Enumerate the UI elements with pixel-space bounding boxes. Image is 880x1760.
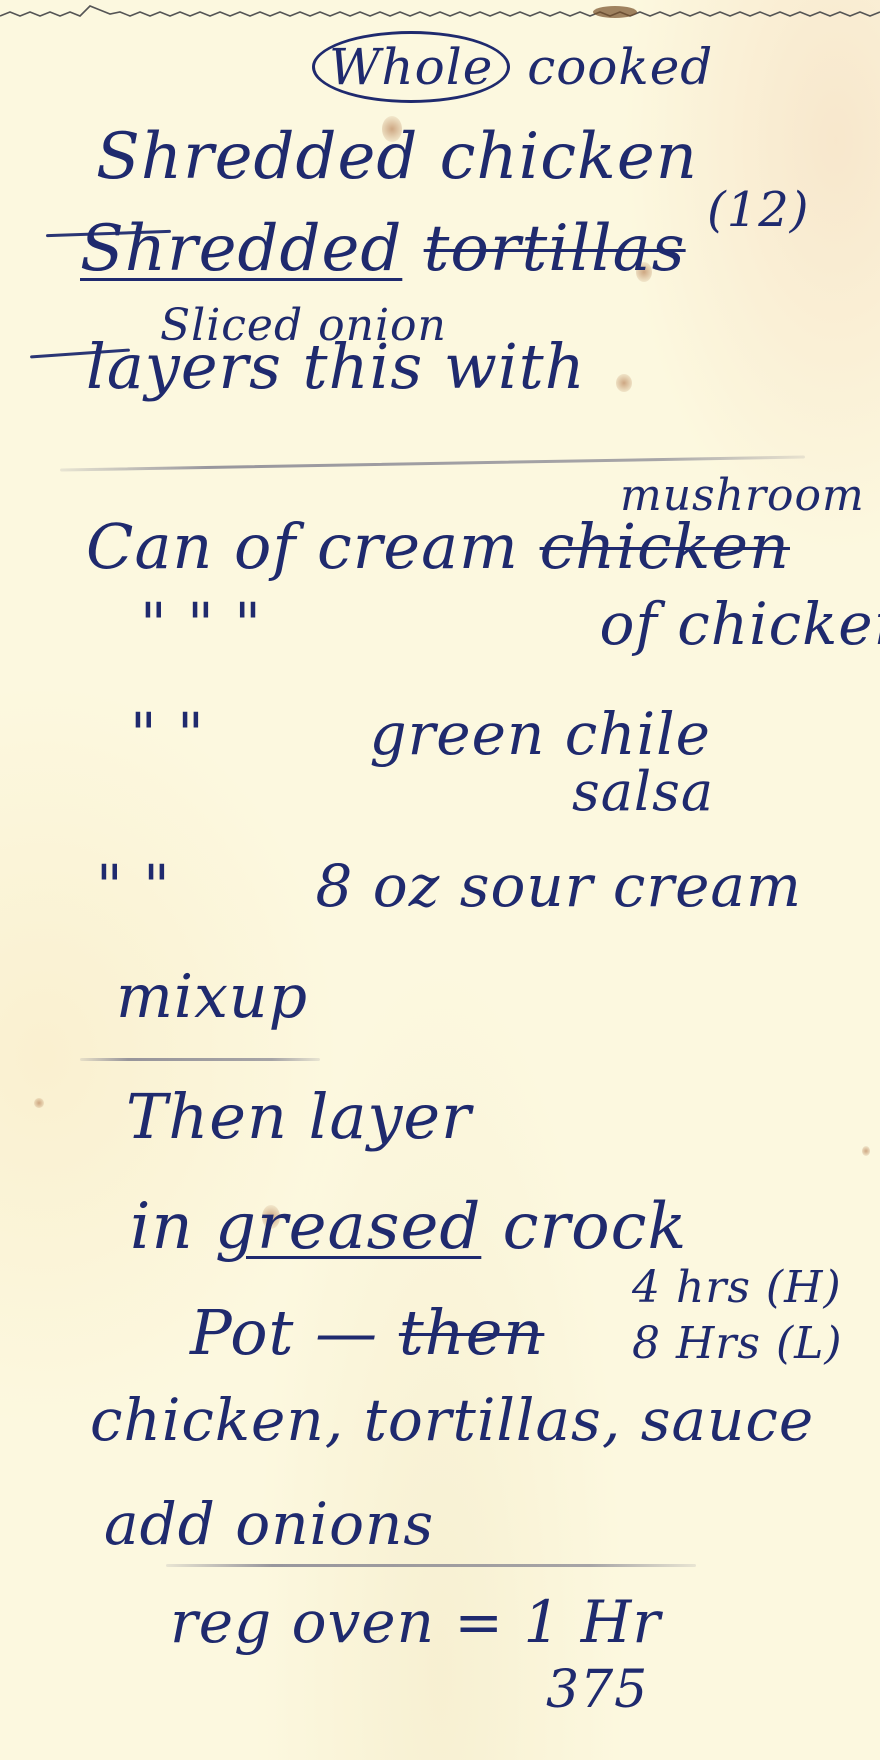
divider <box>166 1564 696 1567</box>
note-line-then-layer: Then layer <box>126 1080 472 1153</box>
stain <box>862 1146 870 1156</box>
oven-temperature: 375 <box>546 1660 648 1720</box>
note-line-in-greased-crock: in greased crock <box>130 1190 687 1264</box>
circled-word: Whole <box>312 31 510 103</box>
note-line-can-of-cream: Can of cream chicken <box>86 510 790 583</box>
note-line-layers-this-with: layers this with <box>86 330 586 403</box>
note-line-salsa: salsa <box>572 760 714 823</box>
note-line-sour-cream: " " 8 oz sour cream <box>96 852 802 920</box>
stain <box>34 1098 44 1108</box>
note-line-green-chile: " " green chile <box>130 700 711 768</box>
note-line-of-chicken: " " " of chicken <box>140 590 880 658</box>
note-line-tortillas: Shredded tortillas (12) <box>80 212 810 286</box>
note-line-pot: Pot — then <box>190 1296 544 1369</box>
note-line-shredded-chicken: Shredded chicken <box>96 120 698 194</box>
note-line-chicken-tortillas-sauce: chicken, tortillas, sauce <box>90 1386 814 1454</box>
cook-time-low: 8 Hrs (L) <box>632 1318 843 1369</box>
divider <box>80 1058 320 1061</box>
torn-edge <box>0 0 880 24</box>
note-line-reg-oven: reg oven = 1 Hr <box>170 1588 661 1656</box>
cook-time-high: 4 hrs (H) <box>632 1262 842 1313</box>
stain <box>616 374 632 392</box>
note-line-mixup: mixup <box>116 962 308 1032</box>
note-line-whole-cooked: Whole cooked <box>312 38 713 96</box>
note-line-add-onions: add onions <box>104 1490 434 1558</box>
recipe-note-paper: Whole cooked Shredded chicken Shredded t… <box>0 0 880 1760</box>
